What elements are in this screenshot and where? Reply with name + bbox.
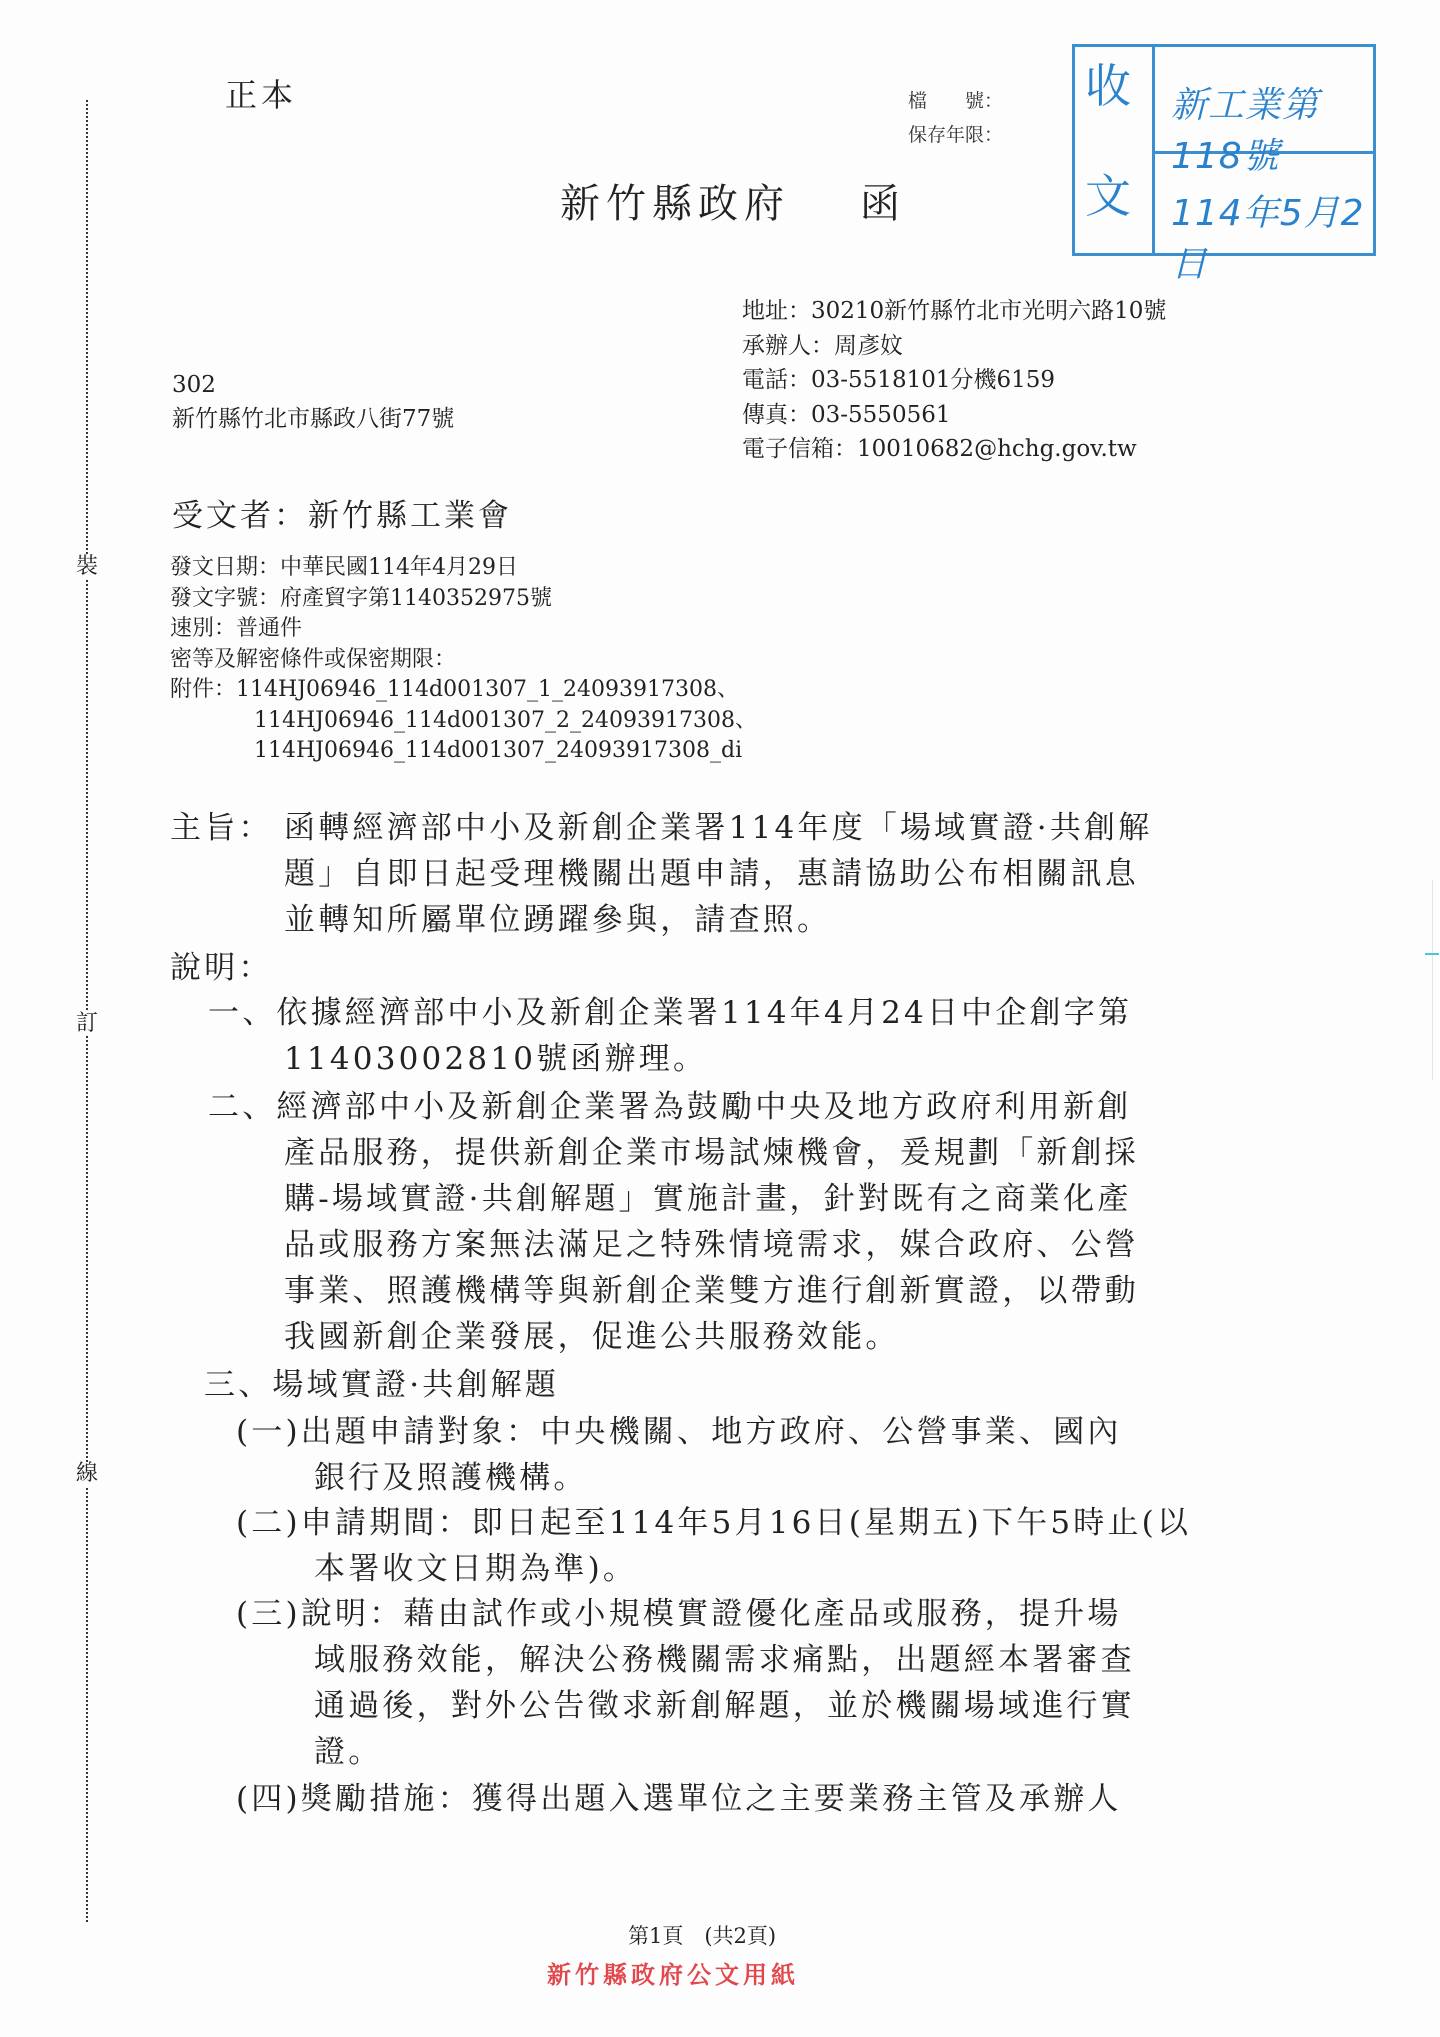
attachment-link[interactable]: 114HJ06946_114d001307_2_24093917308、 — [170, 706, 757, 737]
retention-period-label: 保存年限： — [908, 120, 1003, 147]
item-marker: 一、 — [208, 995, 276, 1031]
copy-label: 正本 — [225, 70, 297, 116]
scan-mark — [1425, 953, 1439, 955]
subject-line: 函轉經濟部中小及新創企業署114年度「場域實證·共創解 — [284, 810, 1152, 846]
sub-item-4: (四)獎勵措施：獲得出題入選單位之主要業務主管及承辦人 — [236, 1776, 1122, 1822]
attachments-row: 附件：114HJ06946_114d001307_1_24093917308、 — [170, 675, 757, 706]
sub-item-marker: (三) — [236, 1596, 301, 1632]
issue-date: 發文日期：中華民國114年4月29日 — [170, 553, 757, 584]
postal-code: 302 — [172, 368, 454, 402]
sub-item-marker: (一) — [236, 1414, 301, 1450]
document-meta: 發文日期：中華民國114年4月29日 發文字號：府產貿字第1140352975號… — [170, 553, 757, 767]
sub-item-line: 本署收文日期為準)。 — [236, 1546, 1191, 1592]
item-line: 購-場域實證·共創解題」實施計畫，針對既有之商業化產 — [208, 1176, 1139, 1222]
contact-fax: 傳真：03-5550561 — [742, 398, 1166, 433]
scan-edge-line — [1432, 880, 1433, 1080]
stamp-char-receive: 收 — [1085, 61, 1131, 111]
sub-item-line: 域服務效能，解決公務機關需求痛點，出題經本署審查 — [236, 1637, 1135, 1683]
subject-line: 題」自即日起受理機關出題申請，惠請協助公布相關訊息 — [170, 851, 1152, 897]
item-line: 品或服務方案無法滿足之特殊情境需求，媒合政府、公營 — [208, 1222, 1139, 1268]
sub-item-line: 說明：藉由試作或小規模實證優化產品或服務，提升場 — [301, 1596, 1122, 1632]
title-org: 新竹縣政府 — [560, 181, 790, 227]
explanation-label: 說明： — [170, 945, 273, 991]
item-marker: 三、 — [204, 1367, 272, 1403]
sub-item-line: 出題申請對象：中央機關、地方政府、公營事業、國內 — [301, 1414, 1122, 1450]
item-line: 我國新創企業發展，促進公共服務效能。 — [208, 1314, 1139, 1360]
sub-item-2: (二)申請期間：即日起至114年5月16日(星期五)下午5時止(以 本署收文日期… — [236, 1500, 1191, 1592]
classification: 密等及解密條件或保密期限： — [170, 645, 757, 676]
binding-mark-xian: 線 — [76, 1462, 98, 1486]
sub-item-marker: (二) — [236, 1505, 301, 1541]
item-line: 依據經濟部中小及新創企業署114年4月24日中企創字第 — [276, 995, 1132, 1031]
page-title: 新竹縣政府函 — [560, 172, 906, 229]
explanation-item-3: 三、場域實證·共創解題 — [204, 1362, 559, 1408]
sub-item-1: (一)出題申請對象：中央機關、地方政府、公營事業、國內 銀行及照護機構。 — [236, 1409, 1122, 1501]
stamp-char-document: 文 — [1085, 171, 1131, 221]
contact-block: 地址：30210新竹縣竹北市光明六路10號 承辦人：周彥妏 電話：03-5518… — [742, 294, 1166, 467]
document-number: 發文字號：府產貿字第1140352975號 — [170, 584, 757, 615]
subject-label: 主旨： — [170, 805, 284, 851]
title-doc-type: 函 — [860, 181, 906, 227]
sub-item-3: (三)說明：藉由試作或小規模實證優化產品或服務，提升場 域服務效能，解決公務機關… — [236, 1591, 1135, 1775]
sub-item-line: 獎勵措施：獲得出題入選單位之主要業務主管及承辦人 — [301, 1781, 1122, 1817]
priority: 速別：普通件 — [170, 614, 757, 645]
recipient: 受文者：新竹縣工業會 — [172, 490, 512, 535]
item-heading: 場域實證·共創解題 — [272, 1367, 559, 1403]
attachment-link[interactable]: 114HJ06946_114d001307_24093917308_di — [170, 736, 757, 767]
contact-phone: 電話：03-5518101分機6159 — [742, 363, 1166, 398]
sub-item-marker: (四) — [236, 1781, 301, 1817]
recipient-mailing-address: 302 新竹縣竹北市縣政八街77號 — [172, 368, 454, 436]
stamp-label-column: 收 文 — [1075, 47, 1155, 253]
street-address: 新竹縣竹北市縣政八街77號 — [172, 402, 454, 436]
attachments-label: 附件： — [170, 677, 236, 702]
contact-address: 地址：30210新竹縣竹北市光明六路10號 — [742, 294, 1166, 329]
contact-handler: 承辦人：周彥妏 — [742, 329, 1166, 364]
item-marker: 二、 — [208, 1089, 276, 1125]
binding-mark-zhuang: 裝 — [76, 555, 98, 579]
item-line: 產品服務，提供新創企業市場試煉機會，爰規劃「新創採 — [208, 1130, 1139, 1176]
subject-section: 主旨：函轉經濟部中小及新創企業署114年度「場域實證·共創解 題」自即日起受理機… — [170, 805, 1152, 943]
file-number-label: 檔 號： — [908, 86, 1003, 113]
sub-item-line: 銀行及照護機構。 — [236, 1455, 1122, 1501]
sub-item-line: 申請期間：即日起至114年5月16日(星期五)下午5時止(以 — [301, 1505, 1191, 1541]
attachment-link[interactable]: 114HJ06946_114d001307_1_24093917308、 — [236, 677, 739, 702]
explanation-item-1: 一、依據經濟部中小及新創企業署114年4月24日中企創字第 1140300281… — [208, 990, 1132, 1082]
explanation-item-2: 二、經濟部中小及新創企業署為鼓勵中央及地方政府利用新創 產品服務，提供新創企業市… — [208, 1084, 1139, 1360]
item-line: 經濟部中小及新創企業署為鼓勵中央及地方政府利用新創 — [276, 1089, 1131, 1125]
receipt-stamp: 收 文 新工業第118號 114年5月2日 — [1072, 44, 1376, 256]
sub-item-line: 證。 — [236, 1729, 1135, 1775]
binding-mark-ding: 訂 — [76, 1012, 98, 1036]
stamp-receipt-date: 114年5月2日 — [1171, 185, 1373, 287]
item-line: 事業、照護機構等與新創企業雙方進行創新實證，以帶動 — [208, 1268, 1139, 1314]
sub-item-line: 通過後，對外公告徵求新創解題，並於機關場域進行實 — [236, 1683, 1135, 1729]
contact-email: 電子信箱：10010682@hchg.gov.tw — [742, 432, 1166, 467]
item-line: 11403002810號函辦理。 — [208, 1036, 1132, 1082]
subject-line: 並轉知所屬單位踴躍參與，請查照。 — [170, 897, 1152, 943]
page-indicator: 第1頁 (共2頁) — [628, 1920, 776, 1950]
stamp-receipt-number: 新工業第118號 — [1171, 77, 1373, 179]
official-paper-label: 新竹縣政府公文用紙 — [547, 1955, 799, 1990]
